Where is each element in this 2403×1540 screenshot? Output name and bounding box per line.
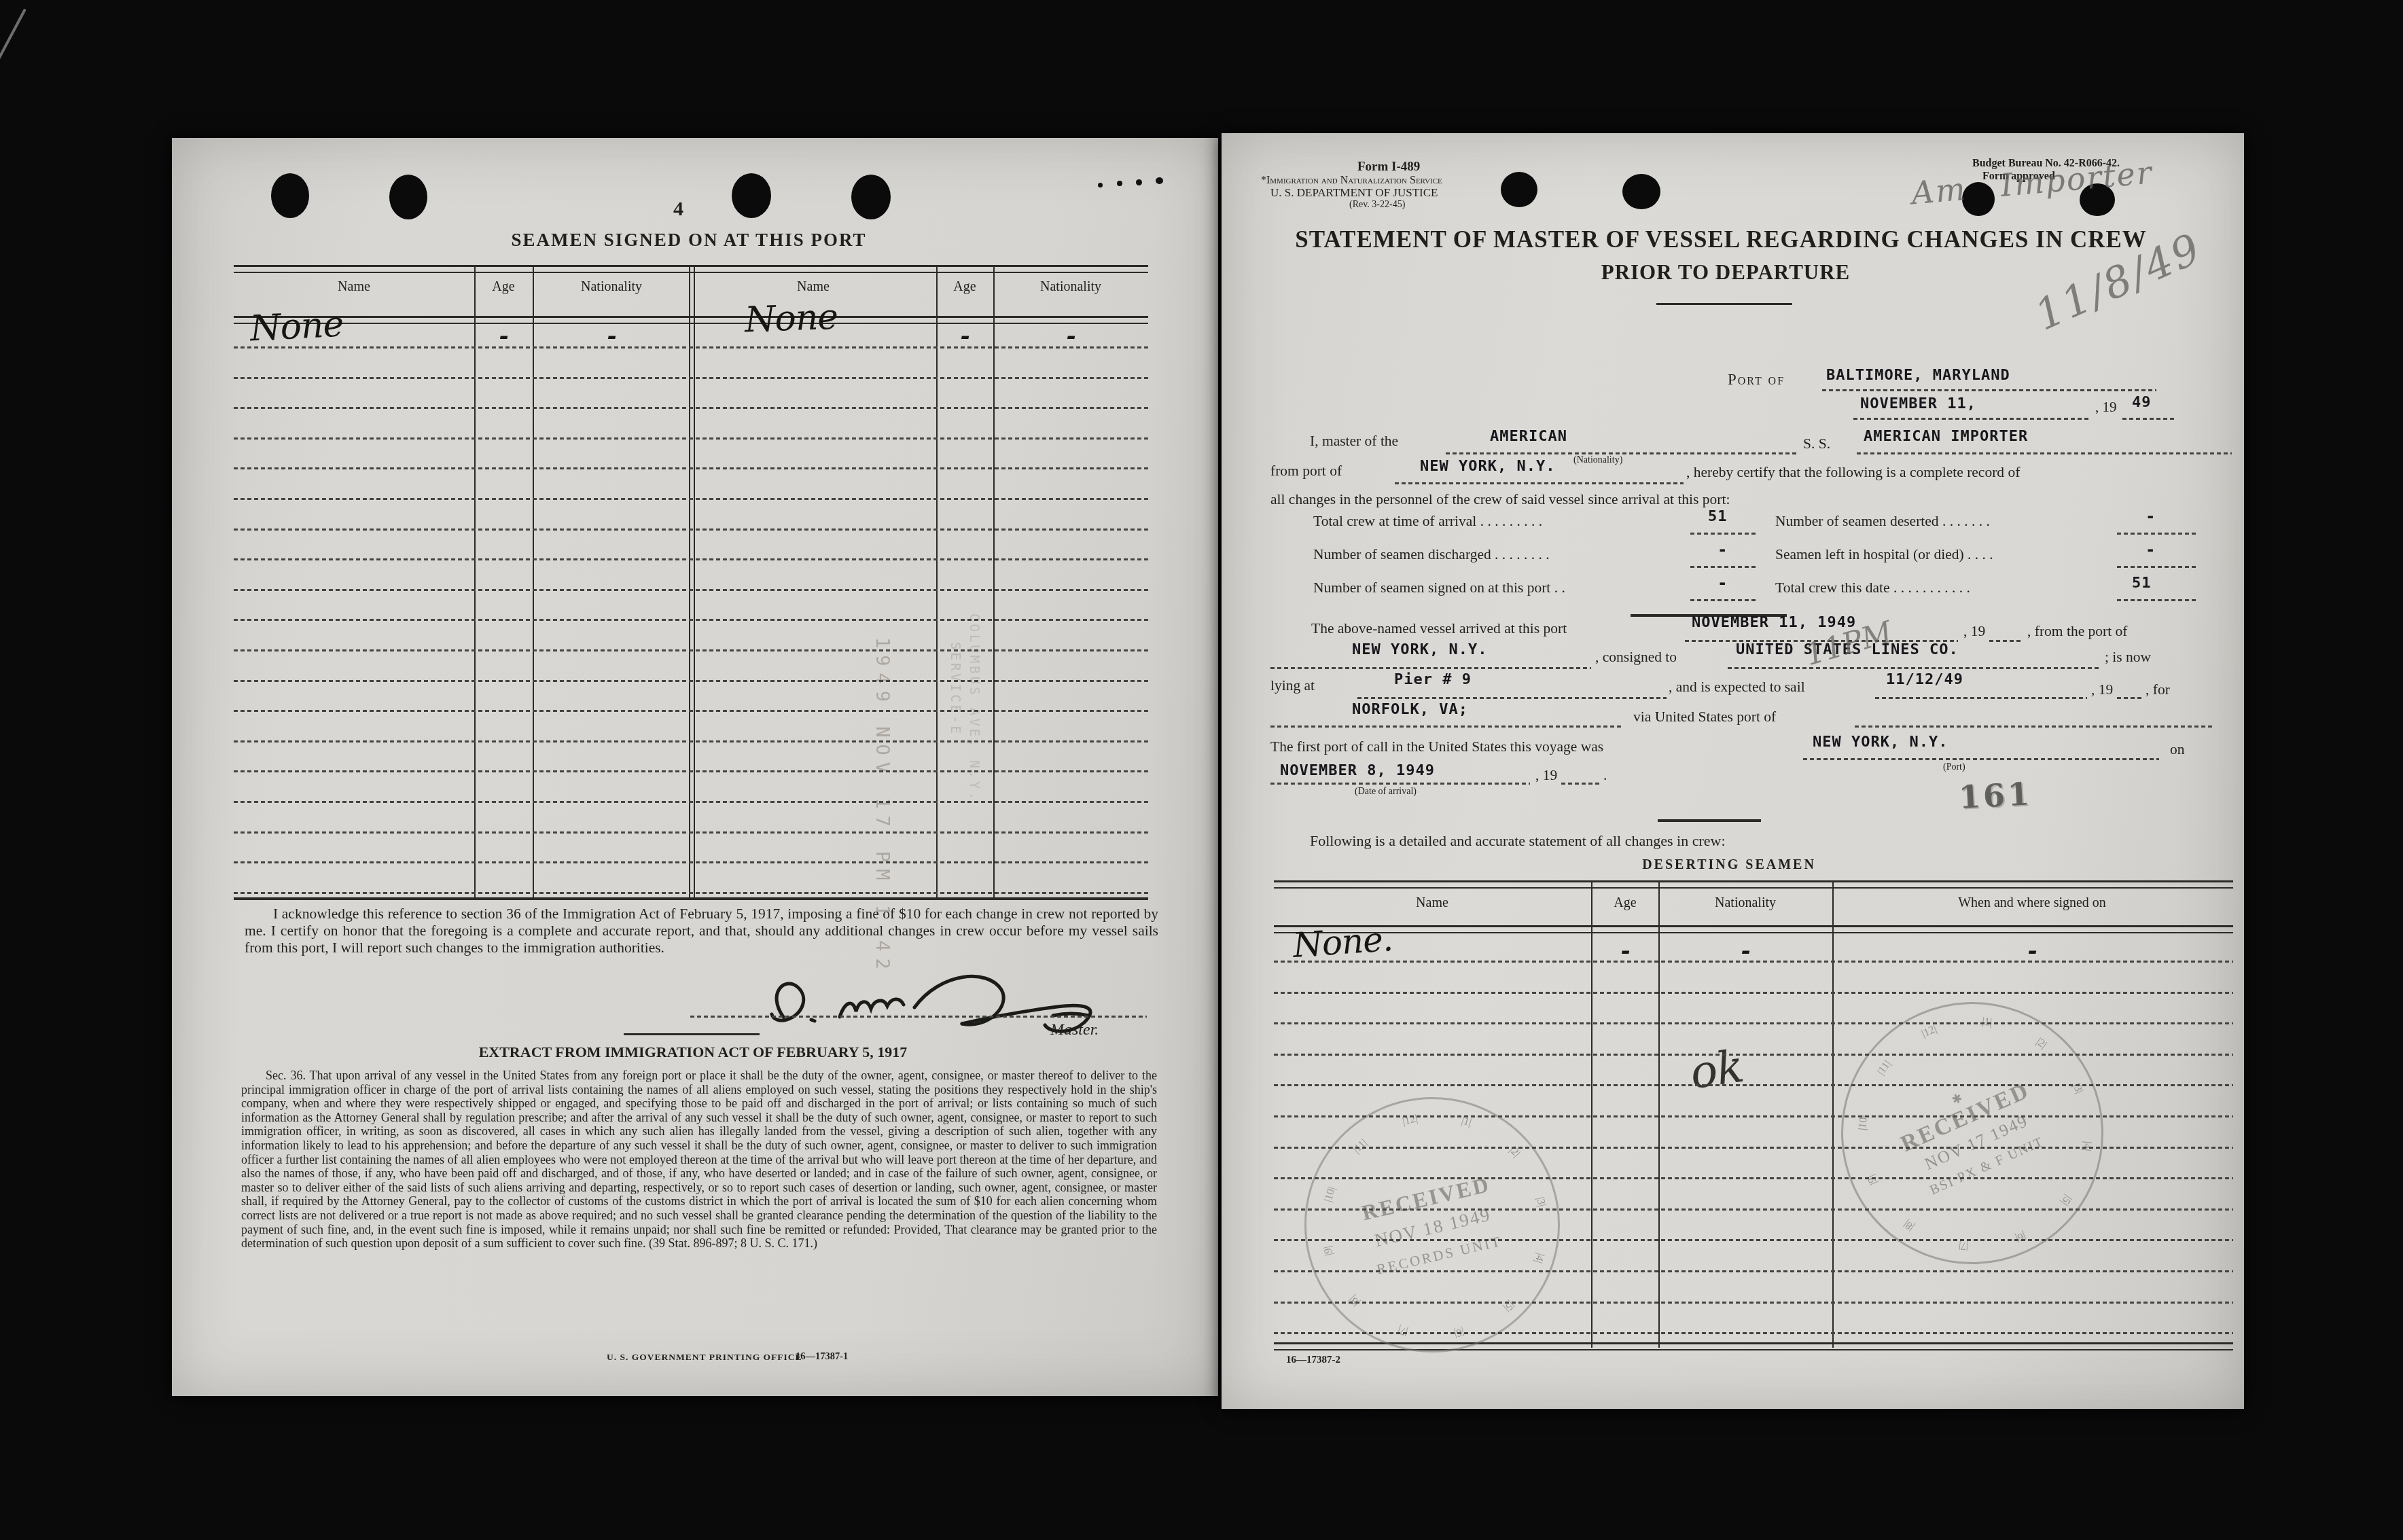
table-rule-bottom xyxy=(1274,1342,2233,1350)
table-row-line xyxy=(234,407,1148,409)
table-row-line xyxy=(1274,1147,2233,1149)
table-row-line xyxy=(234,619,1148,621)
col-header-age: Age xyxy=(953,279,976,294)
agency-name: *Immigration and Naturalization Service xyxy=(1261,175,1442,187)
lying-label: lying at xyxy=(1270,678,1315,694)
table-column-line xyxy=(689,267,690,899)
table-row-line xyxy=(234,467,1148,469)
acknowledgment-paragraph: I acknowledge this reference to section … xyxy=(245,906,1158,956)
count-value: 51 xyxy=(2132,575,2152,592)
table-row-line xyxy=(1274,1270,2233,1272)
arrived-19: , 19 xyxy=(1963,624,1985,640)
vessel-name-value: AMERICAN IMPORTER xyxy=(1864,428,2028,445)
punch-hole xyxy=(271,173,309,218)
col-header-age: Age xyxy=(1614,895,1636,910)
table-column-line xyxy=(993,267,995,899)
count-label: Number of seamen signed on at this port … xyxy=(1313,580,1565,596)
count-label: Number of seamen discharged . . . . . . … xyxy=(1313,547,1550,563)
extract-title: EXTRACT FROM IMMIGRATION ACT OF FEBRUARY… xyxy=(479,1044,908,1060)
sail-19: , 19 xyxy=(2091,682,2113,698)
form-code-footer: 16—17387-2 xyxy=(1286,1355,1340,1366)
right-page: Form I-489 *Immigration and Naturalizati… xyxy=(1222,133,2244,1409)
table-row-line xyxy=(234,498,1148,500)
all-changes-text: all changes in the personnel of the crew… xyxy=(1270,492,1730,508)
table-row-line xyxy=(1274,1084,2233,1086)
punch-hole xyxy=(1622,174,1660,209)
arrival-date-line xyxy=(1270,783,1530,785)
consigned-line xyxy=(1728,667,2100,669)
stamp-rim-numeral: |4| xyxy=(1531,1252,1546,1265)
table-row-line xyxy=(1274,1332,2233,1334)
first-port-value: NEW YORK, N.Y. xyxy=(1813,734,1948,751)
table-row-line xyxy=(234,680,1148,682)
stamp-rim-numeral: |11| xyxy=(1875,1058,1893,1077)
scanned-document: 4 SEAMEN SIGNED ON AT THIS PORT Name Age… xyxy=(0,0,2403,1540)
received-stamp-bsi-unit: ✱ RECEIVED NOV 17 1949 BSI PX & F UNIT |… xyxy=(1799,960,2146,1306)
col-header-nationality: Nationality xyxy=(1040,279,1101,294)
arrived-value: NOVEMBER 11, 1949 xyxy=(1692,614,1856,631)
count-label: Total crew this date . . . . . . . . . .… xyxy=(1775,580,1970,596)
count-value: - xyxy=(1717,540,1728,559)
count-line xyxy=(1690,599,1758,601)
title-underline xyxy=(1656,303,1792,305)
from-port2-value: NEW YORK, N.Y. xyxy=(1352,641,1487,658)
pencil-number-note: 161 xyxy=(1958,775,2033,816)
sail-label: , and is expected to sail xyxy=(1669,679,1805,696)
signature-line xyxy=(690,1016,1147,1018)
date-value: NOVEMBER 11, xyxy=(1860,395,1976,412)
handwritten-dash: - xyxy=(960,323,969,350)
norfolk-line xyxy=(1270,726,1624,728)
table-row-line xyxy=(1274,1239,2233,1241)
master-caption: Master. xyxy=(1050,1021,1099,1039)
table-row-line xyxy=(234,377,1148,379)
arrival-19-line xyxy=(1561,783,1599,785)
table-row-line xyxy=(1274,1177,2233,1179)
department-name: U. S. DEPARTMENT OF JUSTICE xyxy=(1270,187,1438,200)
stamp-rim-numeral: |3| xyxy=(1533,1196,1548,1208)
table-row-line xyxy=(234,529,1148,531)
count-line xyxy=(2117,566,2197,568)
form-code-footer: 16—17387-1 xyxy=(796,1352,848,1363)
via-label: via United States port of xyxy=(1633,709,1776,726)
form-number: Form I-489 xyxy=(1357,160,1420,175)
stamp-received-text: RECEIVED xyxy=(1897,1077,2033,1157)
table-row-line xyxy=(234,861,1148,863)
table-row-line xyxy=(1274,1054,2233,1056)
col-header-nationality: Nationality xyxy=(1715,895,1776,910)
ink-dot xyxy=(1098,183,1103,187)
stamp-unit-text: BSI PX & F UNIT xyxy=(1927,1134,2046,1199)
count-label: Seamen left in hospital (or died) . . . … xyxy=(1775,547,1993,563)
date-of-arrival-caption: (Date of arrival) xyxy=(1355,787,1417,797)
stamp-rim-numeral: |5| xyxy=(2058,1192,2073,1207)
from-port2-line xyxy=(1270,667,1591,669)
port-caption: (Port) xyxy=(1943,762,1965,772)
left-page-title: SEAMEN SIGNED ON AT THIS PORT xyxy=(512,230,867,251)
count-line xyxy=(1690,566,1758,568)
sail-19-line xyxy=(2117,697,2143,699)
handwritten-none: None xyxy=(249,304,344,349)
stamp-rim-numeral: |10| xyxy=(1323,1185,1339,1204)
table-column-line xyxy=(474,267,476,899)
stamp-rim-numeral: |12| xyxy=(1920,1023,1939,1041)
date-year-value: 49 xyxy=(2132,394,2152,411)
deserting-seamen-title: DESERTING SEAMEN xyxy=(1642,857,1816,872)
ink-dot xyxy=(1136,179,1142,185)
revision-note: (Rev. 3-22-45) xyxy=(1349,200,1405,210)
sail-value: 11/12/49 xyxy=(1886,671,1963,688)
table-column-line xyxy=(533,267,534,899)
arrival-19: , 19 xyxy=(1535,768,1557,784)
table-row-line xyxy=(234,437,1148,440)
table-row-line xyxy=(234,770,1148,772)
table-rule-header xyxy=(234,316,1148,324)
handwritten-none: None xyxy=(744,297,838,341)
punch-hole xyxy=(1501,172,1537,207)
count-value: - xyxy=(1717,573,1728,592)
vertical-stamp-service: SERVICE-E xyxy=(948,642,963,736)
table-column-line xyxy=(936,267,938,899)
col-header-name: Name xyxy=(797,279,830,294)
following-text: Following is a detailed and accurate sta… xyxy=(1310,833,1726,849)
table-row-line xyxy=(1274,992,2233,994)
nationality-value: AMERICAN xyxy=(1490,428,1567,445)
stamp-date-text: NOV 18 1949 xyxy=(1372,1204,1493,1251)
table-row-line xyxy=(234,831,1148,834)
certify-text: , hereby certify that the following is a… xyxy=(1686,465,2020,481)
table-row-line xyxy=(234,892,1148,894)
arrived-suffix: , from the port of xyxy=(2027,624,2127,640)
from-port-value: NEW YORK, N.Y. xyxy=(1420,458,1555,475)
stamp-rim-numeral: |8| xyxy=(1902,1217,1917,1232)
via-line xyxy=(1855,726,2213,728)
table-row-line xyxy=(234,346,1148,348)
col-header-signed-on: When and where signed on xyxy=(1958,895,2106,910)
printing-office-footer: U. S. GOVERNMENT PRINTING OFFICE xyxy=(607,1353,802,1363)
sec36-paragraph: Sec. 36. That upon arrival of any vessel… xyxy=(241,1069,1157,1251)
stamp-rim-numeral: |5| xyxy=(1501,1298,1516,1314)
stamp-rim-numeral: |4| xyxy=(2080,1141,2093,1151)
table-column-line xyxy=(694,267,695,899)
count-label: Number of seamen deserted . . . . . . . xyxy=(1775,514,1990,530)
ink-dot xyxy=(1156,177,1163,184)
table-row-line xyxy=(1274,1208,2233,1211)
table-row-line xyxy=(234,558,1148,560)
year-line xyxy=(2122,418,2175,420)
on-text: on xyxy=(2170,742,2185,758)
section-divider xyxy=(1658,819,1761,822)
count-label: Total crew at time of arrival . . . . . … xyxy=(1313,514,1542,530)
from-port-line xyxy=(1395,482,1684,484)
left-page: 4 SEAMEN SIGNED ON AT THIS PORT Name Age… xyxy=(172,138,1218,1396)
port-of-line xyxy=(1822,389,2156,391)
date-19-label: , 19 xyxy=(2095,399,2117,415)
count-line xyxy=(1690,533,1758,535)
handwritten-dash: - xyxy=(1066,323,1075,350)
countersign-line xyxy=(624,1033,760,1035)
handwritten-dash: - xyxy=(607,323,616,350)
arrived-19-line xyxy=(1989,640,2023,642)
stamp-rim-numeral: |9| xyxy=(1321,1244,1336,1257)
ink-dot xyxy=(1117,181,1122,186)
nationality-line xyxy=(1446,452,1798,454)
is-now-text: ; is now xyxy=(2105,649,2151,666)
lying-value: Pier # 9 xyxy=(1394,671,1472,688)
stamp-rim-numeral: |9| xyxy=(1865,1172,1880,1186)
port-of-label: Port of xyxy=(1728,371,1785,388)
consigned-label: , consigned to xyxy=(1595,649,1677,666)
sail-line xyxy=(1875,697,2087,699)
from-port-label: from port of xyxy=(1270,463,1342,480)
table-row-line xyxy=(234,740,1148,742)
stamp-rim-numeral: |2| xyxy=(2033,1036,2048,1052)
table-row-line xyxy=(234,710,1148,712)
master-label: I, master of the xyxy=(1310,433,1398,450)
count-value: 51 xyxy=(1708,508,1728,525)
scanner-scratch xyxy=(0,8,26,63)
stamp-rim-numeral: |8| xyxy=(1347,1293,1363,1308)
count-line xyxy=(2117,599,2197,601)
count-value: - xyxy=(2146,540,2156,559)
punch-hole xyxy=(389,175,427,219)
stamp-rim-numeral: |6| xyxy=(2014,1229,2027,1244)
count-line xyxy=(2117,533,2197,535)
first-port-line xyxy=(1803,758,2159,760)
form-title-line2: PRIOR TO DEPARTURE xyxy=(1601,261,1851,284)
nationality-caption: (Nationality) xyxy=(1573,455,1622,465)
table-row-line xyxy=(234,649,1148,651)
table-rule-bottom xyxy=(234,897,1148,900)
ss-label: S. S. xyxy=(1803,436,1830,452)
stamp-rim-numeral: |7| xyxy=(1396,1323,1409,1338)
form-title-line1: STATEMENT OF MASTER OF VESSEL REGARDING … xyxy=(1295,227,2147,253)
col-header-nationality: Nationality xyxy=(581,279,642,294)
arrived-label: The above-named vessel arrived at this p… xyxy=(1311,621,1567,637)
col-header-name: Name xyxy=(338,279,370,294)
table-row-line xyxy=(1274,961,2233,963)
table-row-line xyxy=(1274,1302,2233,1304)
arrival-period: . xyxy=(1603,768,1607,784)
table-rule-top xyxy=(1274,880,2233,889)
vessel-name-line xyxy=(1857,452,2232,454)
handwritten-dash: - xyxy=(499,323,508,350)
lying-line xyxy=(1357,697,1667,699)
table-row-line xyxy=(234,589,1148,591)
handwritten-ok: ok xyxy=(1687,1040,1747,1099)
punch-hole xyxy=(851,175,891,219)
stamp-date-text: NOV 17 1949 xyxy=(1922,1112,2031,1175)
col-header-age: Age xyxy=(492,279,514,294)
table-row-line xyxy=(1274,1115,2233,1117)
date-line xyxy=(1853,418,2090,420)
punch-hole xyxy=(732,173,771,218)
table-row-line xyxy=(234,801,1148,803)
first-port-label: The first port of call in the United Sta… xyxy=(1270,739,1603,755)
handwritten-none: None. xyxy=(1292,919,1393,965)
count-value: - xyxy=(2146,507,2156,526)
stamp-received-text: RECEIVED xyxy=(1359,1171,1493,1225)
norfolk-value: NORFOLK, VA; xyxy=(1352,701,1468,718)
for-text: , for xyxy=(2146,682,2170,698)
table-rule-header xyxy=(1274,925,2233,933)
arrival-date-value: NOVEMBER 8, 1949 xyxy=(1280,762,1435,779)
table-row-line xyxy=(1274,1022,2233,1024)
stamp-star-icon: ✱ xyxy=(1950,1091,1965,1108)
vertical-stamp-address: COLUMBUS AVE. N.Y. xyxy=(967,613,982,802)
page-number: 4 xyxy=(673,198,683,220)
col-header-name: Name xyxy=(1416,895,1448,910)
table-rule-top xyxy=(234,265,1148,273)
port-of-value: BALTIMORE, MARYLAND xyxy=(1826,367,2010,384)
